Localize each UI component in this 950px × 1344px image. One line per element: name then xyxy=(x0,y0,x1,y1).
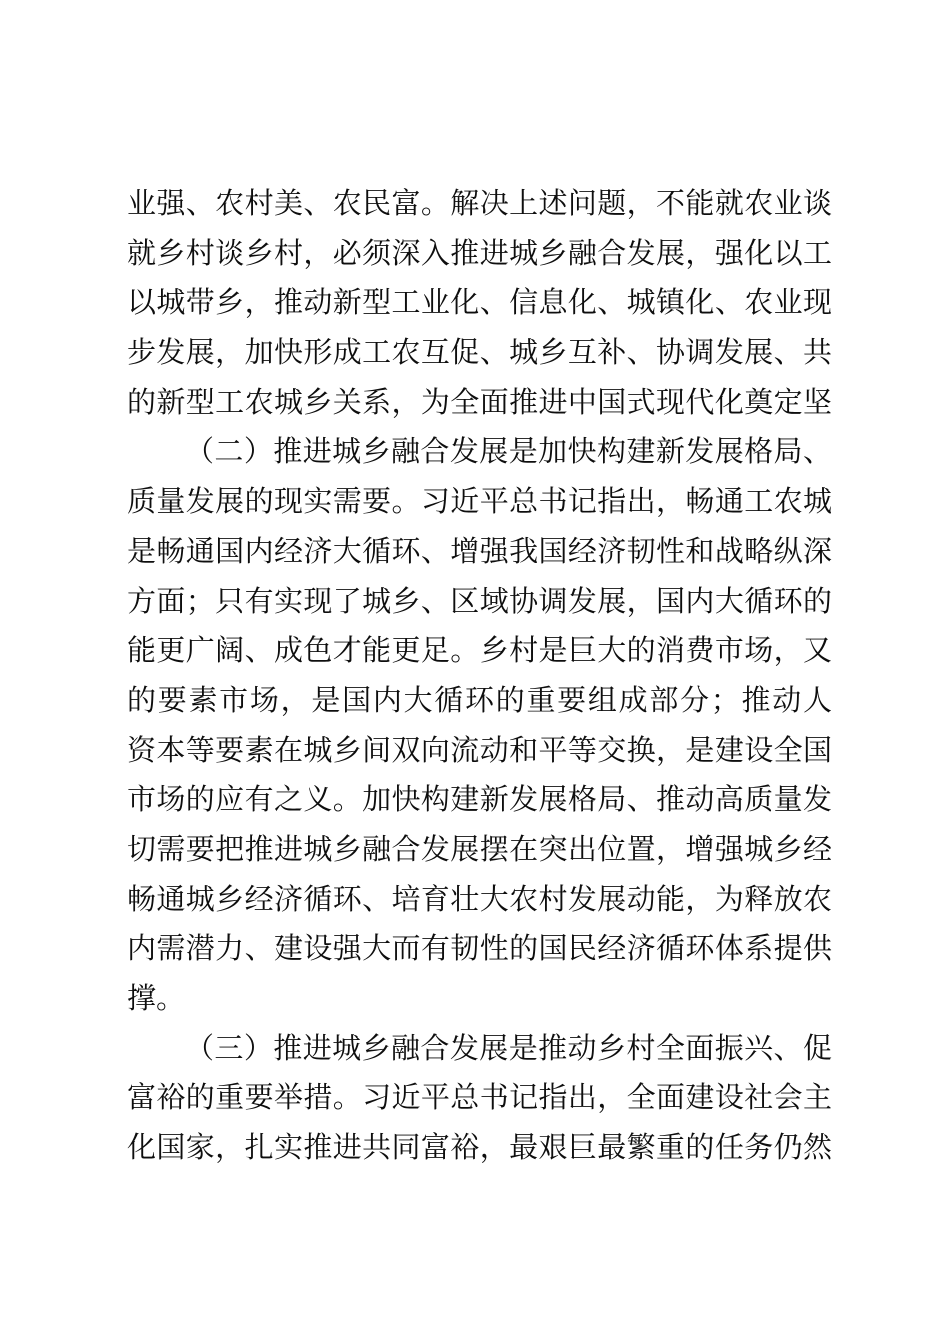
document-page: 业强、农村美、农民富。解决上述问题，不能就农业谈农业、 就乡村谈乡村，必须深入推… xyxy=(0,0,950,1344)
text-line: 是畅通国内经济大循环、增强我国经济韧性和战略纵深的重要 xyxy=(127,528,832,578)
text-line: 资本等要素在城乡间双向流动和平等交换，是建设全国统一大 xyxy=(127,727,832,777)
text-line: 化国家，扎实推进共同富裕，最艰巨最繁重的任务仍然在农村； xyxy=(127,1124,832,1174)
text-line: 步发展，加快形成工农互促、城乡互补、协调发展、共同繁荣 xyxy=(127,329,832,379)
paragraph-section-two: （二）推进城乡融合发展是加快构建新发展格局、推动高 质量发展的现实需要。习近平总… xyxy=(127,428,832,1024)
text-line: 能更广阔、成色才能更足。乡村是巨大的消费市场，又是巨大 xyxy=(127,627,832,677)
paragraph-section-three: （三）推进城乡融合发展是推动乡村全面振兴、促进共同 富裕的重要举措。习近平总书记… xyxy=(127,1025,832,1174)
text-line: （二）推进城乡融合发展是加快构建新发展格局、推动高 xyxy=(127,428,832,478)
text-line: （三）推进城乡融合发展是推动乡村全面振兴、促进共同 xyxy=(127,1025,832,1075)
text-line: 的新型工农城乡关系，为全面推进中国式现代化奠定坚实基础。 xyxy=(127,379,832,429)
text-line: 质量发展的现实需要。习近平总书记指出，畅通工农城乡循环， xyxy=(127,478,832,528)
text-line: 方面；只有实现了城乡、区域协调发展，国内大循环的空间才 xyxy=(127,578,832,628)
text-line: 业强、农村美、农民富。解决上述问题，不能就农业谈农业、 xyxy=(127,180,832,230)
text-line: 切需要把推进城乡融合发展摆在突出位置，增强城乡经济联系、 xyxy=(127,826,832,876)
text-line: 撑。 xyxy=(127,975,832,1025)
text-line: 以城带乡，推动新型工业化、信息化、城镇化、农业现代化同 xyxy=(127,279,832,329)
text-line: 畅通城乡经济循环、培育壮大农村发展动能，为释放农村巨大 xyxy=(127,876,832,926)
paragraph-continuation: 业强、农村美、农民富。解决上述问题，不能就农业谈农业、 就乡村谈乡村，必须深入推… xyxy=(127,180,832,428)
text-line: 内需潜力、建设强大而有韧性的国民经济循环体系提供有力支 xyxy=(127,925,832,975)
text-line: 富裕的重要举措。习近平总书记指出，全面建设社会主义现代 xyxy=(127,1074,832,1124)
text-line: 的要素市场，是国内大循环的重要组成部分；推动人才、土地、 xyxy=(127,677,832,727)
text-line: 就乡村谈乡村，必须深入推进城乡融合发展，强化以工补农、 xyxy=(127,230,832,280)
text-line: 市场的应有之义。加快构建新发展格局、推动高质量发展，迫 xyxy=(127,776,832,826)
document-text-block: 业强、农村美、农民富。解决上述问题，不能就农业谈农业、 就乡村谈乡村，必须深入推… xyxy=(127,180,832,1174)
